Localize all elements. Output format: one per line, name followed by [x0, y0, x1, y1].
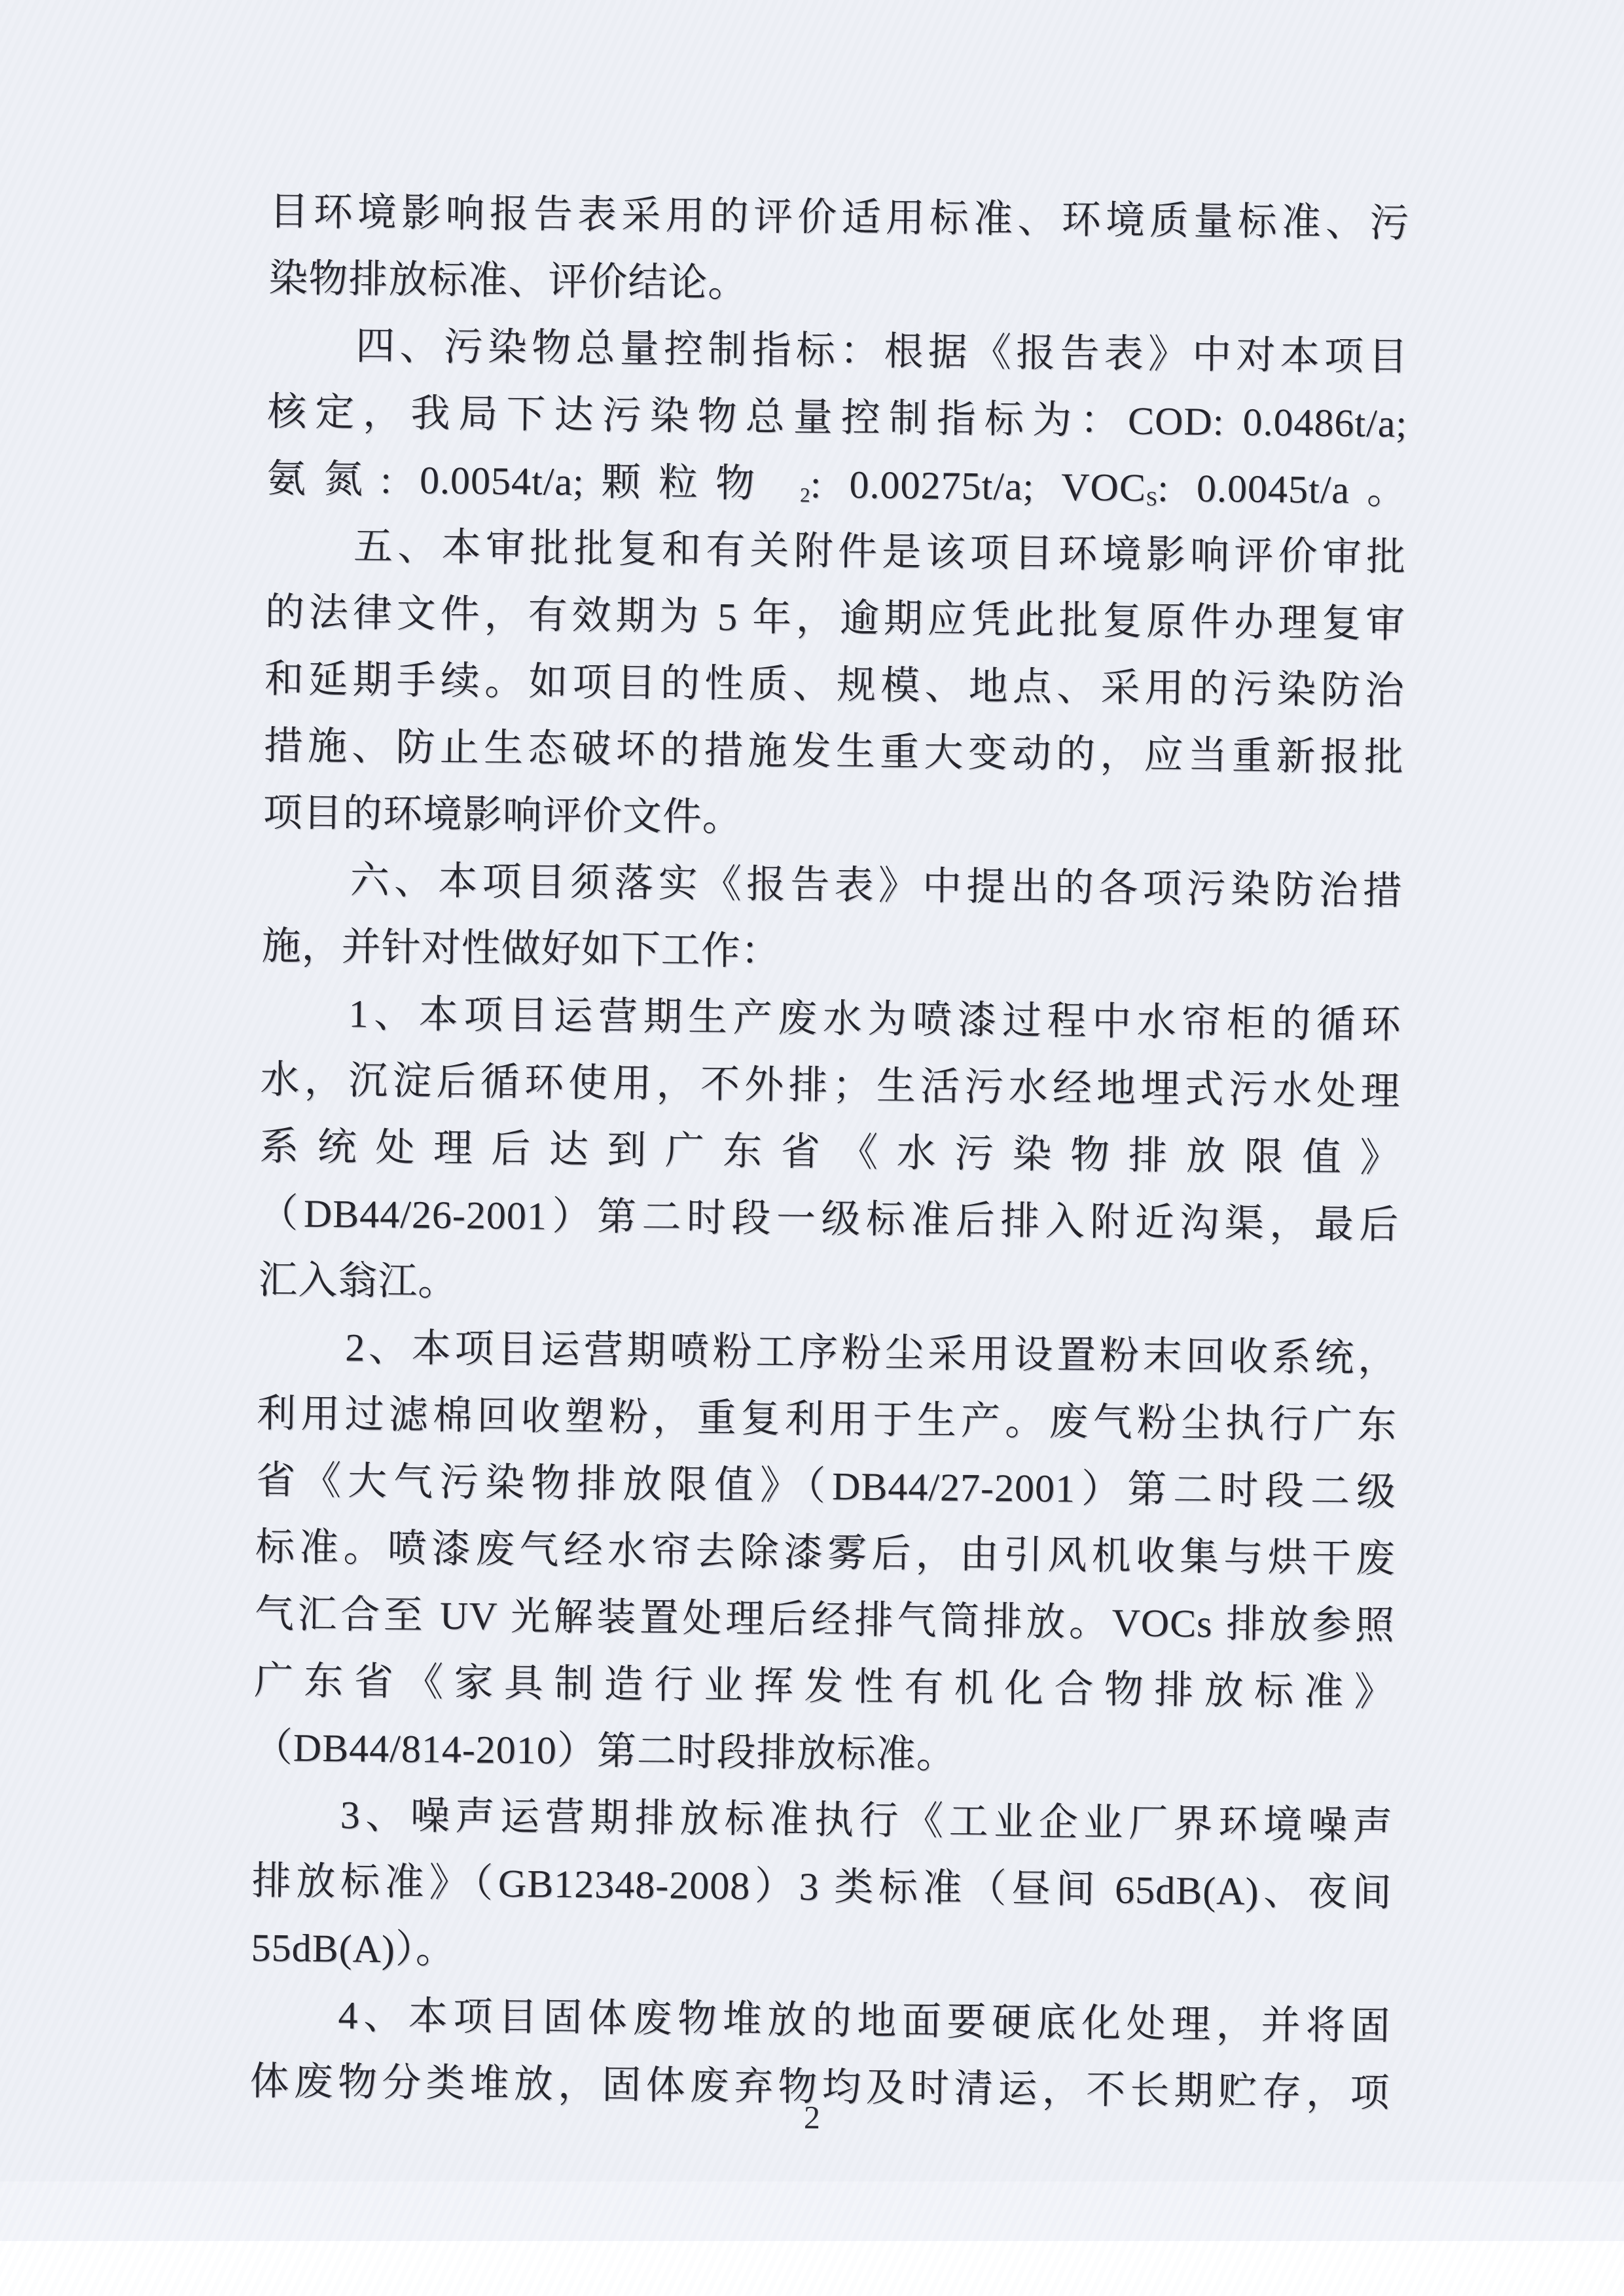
text-segment: （DB44/26-2001）第二时段一级标准后排入附近沟渠，最后: [259, 1192, 1399, 1247]
text-line: 55dB(A)）。: [251, 1914, 1392, 1993]
text-line: 项目的环境影响评价文件。: [262, 779, 1403, 858]
text-line: 广东省《家具制造行业挥发性有机化合物排放标准》: [253, 1647, 1394, 1726]
text-line: 气汇合至 UV 光解装置处理后经排气筒排放。VOCs 排放参照: [255, 1580, 1396, 1659]
text-line: 汇入翁江。: [258, 1247, 1399, 1325]
text-segment: 项目的环境影响评价文件。: [263, 791, 743, 839]
scan-light-band: [0, 2181, 1624, 2242]
text-segment: 广东省《家具制造行业挥发性有机化合物排放标准》: [254, 1659, 1395, 1714]
text-segment: 气汇合至 UV 光解装置处理后经排气筒排放。VOCs 排放参照: [255, 1592, 1396, 1647]
text-line: 的法律文件，有效期为 5 年，逾期应凭此批复原件办理复审: [265, 579, 1406, 657]
text-segment: 排放标准》（GB12348-2008）3 类标准（昼间 65dB(A)、夜间: [251, 1859, 1392, 1914]
text-segment: 省《大气污染物排放限值》（DB44/27-2001）第二时段二级: [256, 1459, 1397, 1514]
text-line: 标准。喷漆废气经水帘去除漆雾后，由引风机收集与烘干废: [255, 1514, 1396, 1592]
text-line: 和延期手续。如项目的性质、规模、地点、采用的污染防治: [264, 646, 1405, 724]
text-segment: 五、本审批批复和有关附件是该项目环境影响评价审批: [353, 524, 1407, 579]
text-line: 省《大气污染物排放限值》（DB44/27-2001）第二时段二级: [256, 1447, 1397, 1525]
text-line: （DB44/814-2010）第二时段排放标准。: [253, 1714, 1394, 1793]
text-segment: 核定，我局下达污染物总量控制指标为：COD: 0.0486t/a;: [267, 390, 1408, 445]
text-segment: 的法律文件，有效期为 5 年，逾期应凭此批复原件办理复审: [265, 591, 1406, 646]
text-segment: 目环境影响报告表采用的评价适用标准、环境质量标准、污: [269, 190, 1410, 245]
text-segment: 汇入翁江。: [258, 1258, 458, 1303]
text-segment: : 0.0045t/a。: [1157, 466, 1407, 512]
text-segment: 3、噪声运营期排放标准执行《工业企业厂界环境噪声: [340, 1793, 1393, 1848]
subscript-text: 2: [800, 483, 810, 506]
document-body: 目环境影响报告表采用的评价适用标准、环境质量标准、污染物排放标准、评价结论。四、…: [249, 178, 1410, 2126]
text-line: 4、本项目固体废物堆放的地面要硬底化处理，并将固: [250, 1981, 1391, 2060]
text-segment: 系统处理后达到广东省《水污染物排放限值》: [259, 1125, 1400, 1180]
text-segment: 1、本项目运营期生产废水为喷漆过程中水帘柜的循环: [348, 992, 1401, 1046]
text-segment: 四、污染物总量控制指标：根据《报告表》中对本项目: [355, 324, 1409, 378]
scanned-page: 目环境影响报告表采用的评价适用标准、环境质量标准、污染物排放标准、评价结论。四、…: [0, 0, 1624, 2296]
text-segment: 和延期手续。如项目的性质、规模、地点、采用的污染防治: [264, 657, 1405, 712]
text-segment: 标准。喷漆废气经水帘去除漆雾后，由引风机收集与烘干废: [255, 1525, 1396, 1580]
text-segment: 2、本项目运营期喷粉工序粉尘采用设置粉末回收系统，: [345, 1326, 1398, 1380]
text-segment: 利用过滤棉回收塑粉，重复利用于生产。废气粉尘执行广东: [257, 1392, 1398, 1447]
text-line: 措施、防止生态破坏的措施发生重大变动的，应当重新报批: [263, 712, 1404, 791]
text-segment: 氨氮: 0.0054t/a;颗粒物: [266, 457, 801, 506]
scanner-edge-strip: [0, 2241, 1624, 2296]
text-line: 目环境影响报告表采用的评价适用标准、环境质量标准、污: [269, 178, 1410, 257]
text-line: 1、本项目运营期生产废水为喷漆过程中水帘柜的循环: [261, 979, 1401, 1058]
text-segment: 4、本项目固体废物堆放的地面要硬底化处理，并将固: [338, 1994, 1391, 2048]
subscript-text: S: [1146, 487, 1158, 510]
text-segment: 六、本项目须落实《报告表》中提出的各项污染防治措: [350, 858, 1403, 913]
text-line: 利用过滤棉回收塑粉，重复利用于生产。废气粉尘执行广东: [257, 1380, 1398, 1459]
text-line: 水，沉淀后循环使用，不外排；生活污水经地埋式污水处理: [260, 1046, 1401, 1125]
text-line: 3、噪声运营期排放标准执行《工业企业厂界环境噪声: [252, 1781, 1393, 1859]
text-line: 五、本审批批复和有关附件是该项目环境影响评价审批: [266, 512, 1407, 591]
text-segment: 染物排放标准、评价结论。: [268, 257, 748, 305]
text-line: 2、本项目运营期喷粉工序粉尘采用设置粉末回收系统，: [257, 1313, 1398, 1392]
text-line: 系统处理后达到广东省《水污染物排放限值》: [259, 1113, 1400, 1192]
text-line: 氨氮: 0.0054t/a;颗粒物 2: 0.00275t/a; VOCS: 0…: [266, 445, 1407, 524]
text-line: 排放标准》（GB12348-2008）3 类标准（昼间 65dB(A)、夜间: [251, 1848, 1392, 1926]
text-line: （DB44/26-2001）第二时段一级标准后排入附近沟渠，最后: [259, 1180, 1399, 1258]
text-line: 六、本项目须落实《报告表》中提出的各项污染防治措: [262, 846, 1403, 924]
text-segment: 水，沉淀后循环使用，不外排；生活污水经地埋式污水处理: [260, 1058, 1401, 1113]
text-segment: 55dB(A)）。: [251, 1926, 456, 1971]
text-line: 四、污染物总量控制指标：根据《报告表》中对本项目: [268, 312, 1409, 390]
text-segment: （DB44/814-2010）第二时段排放标准。: [253, 1726, 957, 1776]
text-line: 施，并针对性做好如下工作：: [261, 913, 1402, 991]
text-line: 核定，我局下达污染物总量控制指标为：COD: 0.0486t/a;: [267, 378, 1408, 457]
text-line: 染物排放标准、评价结论。: [268, 245, 1409, 323]
text-segment: : 0.00275t/a; VOC: [810, 463, 1147, 509]
text-segment: 措施、防止生态破坏的措施发生重大变动的，应当重新报批: [264, 724, 1405, 779]
text-segment: 施，并针对性做好如下工作：: [261, 924, 781, 973]
